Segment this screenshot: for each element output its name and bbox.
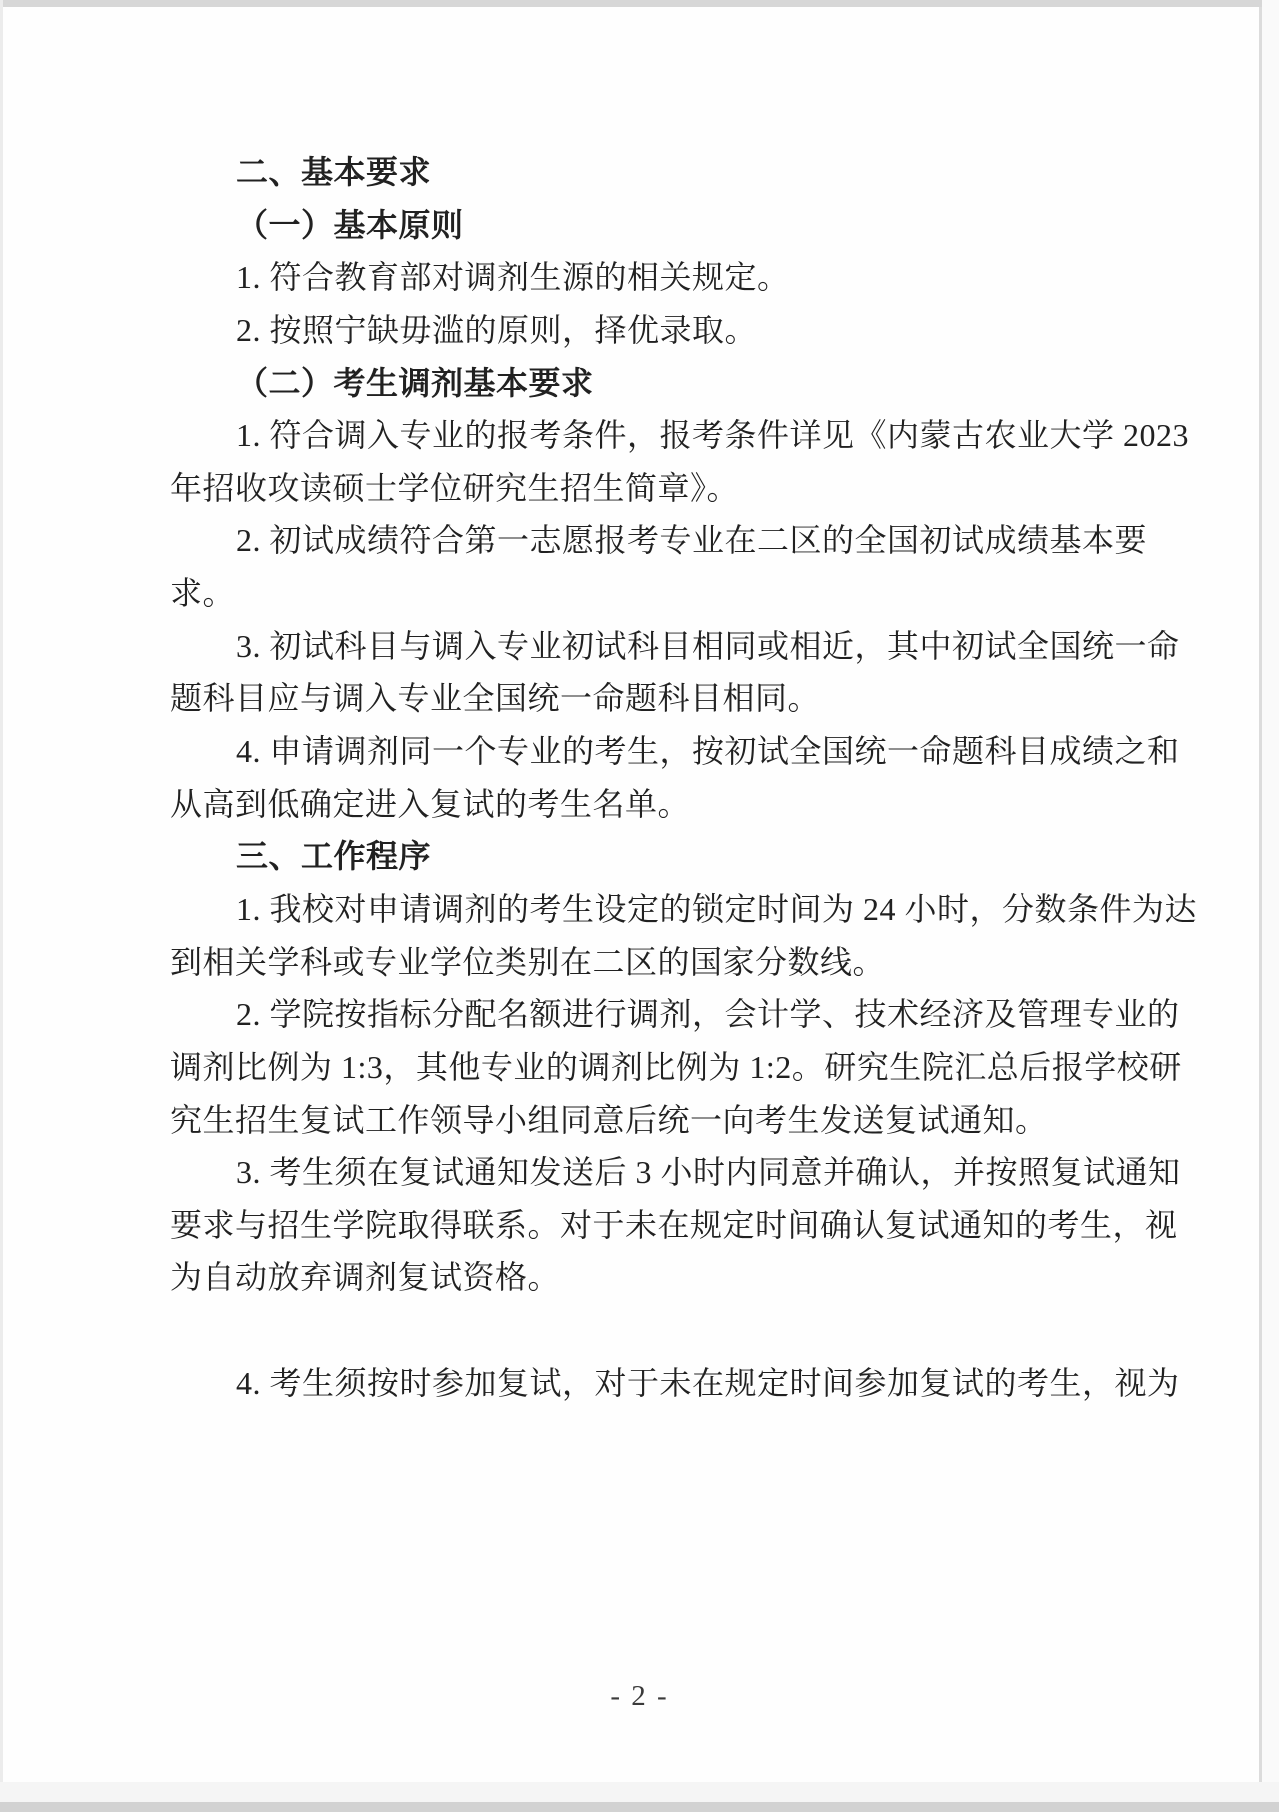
body-text-line: 究生招生复试工作领导小组同意后统一向考生发送复试通知。 bbox=[170, 1094, 1122, 1147]
page-edge-bottom bbox=[0, 1802, 1279, 1812]
document-body: 二、基本要求 （一）基本原则 1. 符合教育部对调剂生源的相关规定。 2. 按照… bbox=[170, 146, 1122, 1409]
page-number: - 2 - bbox=[0, 1672, 1279, 1720]
body-text-line: 从高到低确定进入复试的考生名单。 bbox=[170, 778, 1122, 831]
section-heading: 二、基本要求 bbox=[170, 146, 1122, 199]
body-text-line: 年招收攻读硕士学位研究生招生简章》。 bbox=[170, 462, 1122, 515]
page-edge-bottom-shade bbox=[0, 1782, 1279, 1802]
blank-line bbox=[170, 1304, 1122, 1357]
body-text-line: 3. 考生须在复试通知发送后 3 小时内同意并确认，并按照复试通知 bbox=[170, 1146, 1122, 1199]
body-text-line: 4. 申请调剂同一个专业的考生，按初试全国统一命题科目成绩之和 bbox=[170, 725, 1122, 778]
body-text-line: 1. 符合调入专业的报考条件，报考条件详见《内蒙古农业大学 2023 bbox=[170, 409, 1122, 462]
section-heading: 三、工作程序 bbox=[170, 830, 1122, 883]
body-text-line: 2. 学院按指标分配名额进行调剂，会计学、技术经济及管理专业的 bbox=[170, 988, 1122, 1041]
body-text-line: 求。 bbox=[170, 567, 1122, 620]
body-text-line: 调剂比例为 1:3，其他专业的调剂比例为 1:2。研究生院汇总后报学校研 bbox=[170, 1041, 1122, 1094]
body-text-line: 1. 我校对申请调剂的考生设定的锁定时间为 24 小时，分数条件为达 bbox=[170, 883, 1122, 936]
page-edge-left bbox=[0, 0, 3, 1812]
body-text-line: 2. 初试成绩符合第一志愿报考专业在二区的全国初试成绩基本要 bbox=[170, 514, 1122, 567]
page-right-gutter bbox=[1262, 0, 1279, 1812]
body-text-line: 3. 初试科目与调入专业初试科目相同或相近，其中初试全国统一命 bbox=[170, 620, 1122, 673]
body-text-line: 为自动放弃调剂复试资格。 bbox=[170, 1251, 1122, 1304]
body-text-line: 4. 考生须按时参加复试，对于未在规定时间参加复试的考生，视为 bbox=[170, 1357, 1122, 1410]
subsection-heading: （一）基本原则 bbox=[170, 199, 1122, 252]
body-text-line: 到相关学科或专业学位类别在二区的国家分数线。 bbox=[170, 936, 1122, 989]
body-text-line: 要求与招生学院取得联系。对于未在规定时间确认复试通知的考生，视 bbox=[170, 1199, 1122, 1252]
body-text-line: 1. 符合教育部对调剂生源的相关规定。 bbox=[170, 251, 1122, 304]
subsection-heading: （二）考生调剂基本要求 bbox=[170, 357, 1122, 410]
page-edge-right bbox=[1259, 7, 1262, 1802]
body-text-line: 题科目应与调入专业全国统一命题科目相同。 bbox=[170, 672, 1122, 725]
body-text-line: 2. 按照宁缺毋滥的原则，择优录取。 bbox=[170, 304, 1122, 357]
page-edge-top bbox=[0, 0, 1279, 7]
document-page: 二、基本要求 （一）基本原则 1. 符合教育部对调剂生源的相关规定。 2. 按照… bbox=[0, 0, 1279, 1812]
